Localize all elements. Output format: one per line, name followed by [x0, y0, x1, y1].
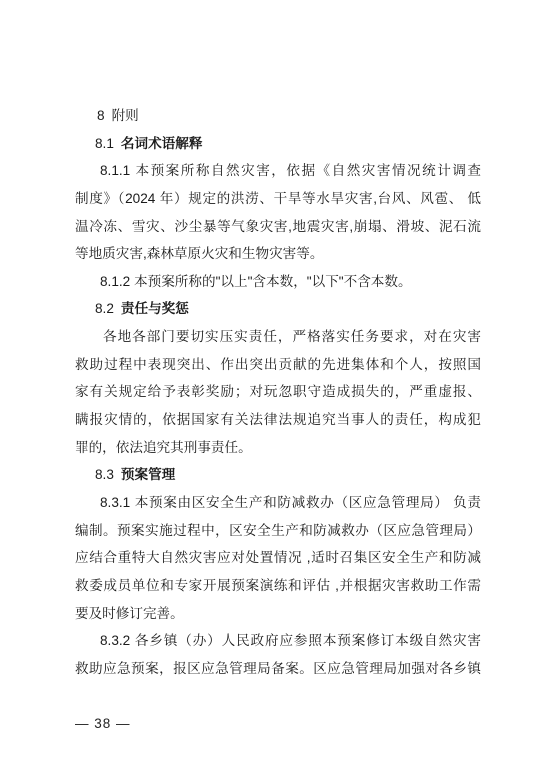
- section-number: 8.2: [95, 301, 114, 316]
- paragraph-8-2: 各地各部门要切实压实责任，严格落实任务要求，对在灾害 救助过程中表现突出、作出突…: [75, 323, 481, 461]
- text-line: 救助应急预案，报区应急管理局备案。区应急管理局加强对各乡镇: [75, 655, 481, 683]
- section-title: 名词术语解释: [121, 136, 203, 151]
- text-line: 家有关规定给予表彰奖励；对玩忽职守造成损失的，严重虚报、: [75, 378, 481, 406]
- section-number: 8.1: [95, 136, 114, 151]
- section-heading-8-2: 8.2责任与奖惩: [75, 295, 481, 323]
- chapter-number: 8: [97, 108, 105, 123]
- section-heading-8-1: 8.1名词术语解释: [75, 130, 481, 158]
- text-line: 编制。预案实施过程中，区安全生产和防减救办（区应急管理局）: [75, 517, 481, 545]
- chapter-title: 附则: [112, 108, 139, 123]
- paragraph-8-1-2: 8.1.2 本预案所称的"以上"含本数，"以下"不含本数。: [75, 268, 481, 296]
- text-line: 等地质灾害,森林草原火灾和生物灾害等。: [75, 240, 481, 268]
- text-line: 各地各部门要切实压实责任，严格落实任务要求，对在灾害: [75, 323, 481, 351]
- text-line: 要及时修订完善。: [75, 600, 481, 628]
- document-page: 8附则 8.1名词术语解释 8.1.1 本预案所称自然灾害，依据《自然灾害情况统…: [0, 0, 554, 784]
- page-number: — 38 —: [75, 715, 131, 733]
- section-title: 责任与奖惩: [121, 301, 189, 316]
- text-line: 罪的，依法追究其刑事责任。: [75, 434, 481, 462]
- document-body: 8附则 8.1名词术语解释 8.1.1 本预案所称自然灾害，依据《自然灾害情况统…: [75, 102, 481, 682]
- section-heading-8-3: 8.3预案管理: [75, 461, 481, 489]
- chapter-heading: 8附则: [75, 102, 481, 130]
- paragraph-8-3-2: 8.3.2 各乡镇（办）人民政府应参照本预案修订本级自然灾害 救助应急预案，报区…: [75, 627, 481, 682]
- text-line: 8.1.1 本预案所称自然灾害，依据《自然灾害情况统计调查: [75, 157, 481, 185]
- text-line: 救委成员单位和专家开展预案演练和评估 ,并根据灾害救助工作需: [75, 572, 481, 600]
- text-line: 8.3.2 各乡镇（办）人民政府应参照本预案修订本级自然灾害: [75, 627, 481, 655]
- section-title: 预案管理: [121, 467, 175, 482]
- paragraph-8-3-1: 8.3.1 本预案由区安全生产和防减救办（区应急管理局） 负责 编制。预案实施过…: [75, 489, 481, 627]
- paragraph-8-1-1: 8.1.1 本预案所称自然灾害，依据《自然灾害情况统计调查 制度》（2024 年…: [75, 157, 481, 268]
- text-line: 应结合重特大自然灾害应对处置情况 ,适时召集区安全生产和防减: [75, 544, 481, 572]
- text-line: 8.1.2 本预案所称的"以上"含本数，"以下"不含本数。: [75, 268, 481, 296]
- section-number: 8.3: [95, 467, 114, 482]
- text-line: 8.3.1 本预案由区安全生产和防减救办（区应急管理局） 负责: [75, 489, 481, 517]
- text-line: 温冷冻、雪灾、沙尘暴等气象灾害,地震灾害,崩塌、滑坡、泥石流: [75, 213, 481, 241]
- text-line: 制度》（2024 年）规定的洪涝、干旱等水旱灾害,台风、风雹、 低: [75, 185, 481, 213]
- text-line: 瞒报灾情的，依据国家有关法律法规追究当事人的责任，构成犯: [75, 406, 481, 434]
- text-line: 救助过程中表现突出、作出突出贡献的先进集体和个人，按照国: [75, 351, 481, 379]
